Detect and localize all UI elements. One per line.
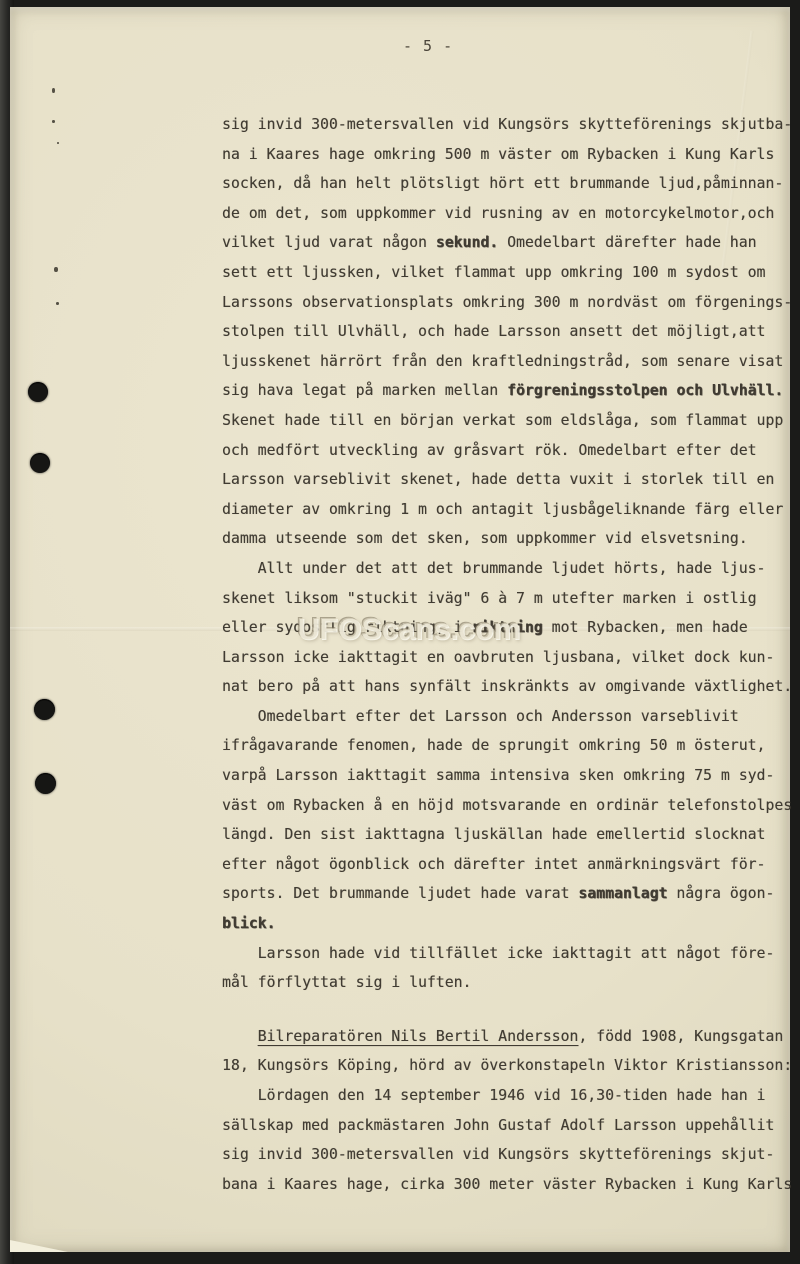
document-line: bana i Kaares hage, cirka 300 meter väst… (222, 1170, 800, 1200)
text-segment: mål förflyttat sig i luften. (222, 974, 471, 991)
document-line: diameter av omkring 1 m och antagit ljus… (222, 495, 800, 525)
punch-hole (35, 773, 56, 794)
text-segment: riktning (471, 619, 542, 636)
text-segment: de om det, som uppkommer vid rusning av … (222, 205, 774, 222)
text-segment: Skenet hade till en början verkat som el… (222, 412, 783, 429)
document-text: sig invid 300-metersvallen vid Kungsörs … (222, 110, 800, 1199)
document-line: sällskap med packmästaren John Gustaf Ad… (222, 1111, 800, 1141)
text-segment: längd. Den sist iakttagna ljuskällan had… (222, 826, 765, 843)
text-segment: Bilreparatören Nils Bertil Andersson (258, 1028, 579, 1045)
text-segment: sammanlagt (578, 885, 667, 902)
document-line: efter något ögonblick och därefter intet… (222, 850, 800, 880)
text-segment: Larsson varseblivit skenet, hade detta v… (222, 471, 774, 488)
document-line: sett ett ljussken, vilket flammat upp om… (222, 258, 800, 288)
document-line: Omedelbart efter det Larsson och Anderss… (222, 702, 800, 732)
text-segment: väst om Rybacken å en höjd motsvarande e… (222, 797, 792, 814)
text-segment: bana i Kaares hage, cirka 300 meter väst… (222, 1176, 792, 1193)
text-segment: eller sydostlig riktning, i (222, 619, 471, 636)
document-line: och medfört utveckling av gråsvart rök. … (222, 436, 800, 466)
document-line: stolpen till Ulvhäll, och hade Larsson a… (222, 317, 800, 347)
text-segment: nat bero på att hans synfält inskränkts … (222, 678, 792, 695)
text-segment: Larsson icke iakttagit en oavbruten ljus… (222, 649, 774, 666)
dust-speck (56, 302, 59, 305)
document-line: Larsson icke iakttagit en oavbruten ljus… (222, 643, 800, 673)
document-line: de om det, som uppkommer vid rusning av … (222, 199, 800, 229)
dust-speck (54, 267, 58, 272)
punch-hole (28, 382, 48, 402)
document-line: längd. Den sist iakttagna ljuskällan had… (222, 820, 800, 850)
scan-background: - 5 - sig invid 300-metersvallen vid Kun… (0, 0, 800, 1264)
text-segment: , född 1908, Kungsgatan (578, 1028, 783, 1045)
document-line: sports. Det brummande ljudet hade varat … (222, 879, 800, 909)
dust-speck (52, 88, 55, 93)
text-segment: Omedelbart efter det Larsson och Anderss… (222, 708, 739, 725)
document-line: blick. (222, 909, 800, 939)
dust-speck (57, 142, 59, 144)
document-line: Bilreparatören Nils Bertil Andersson, fö… (222, 1022, 800, 1052)
punch-hole (34, 699, 55, 720)
document-line: nat bero på att hans synfält inskränkts … (222, 672, 800, 702)
text-segment: Larsson hade vid tillfället icke iakttag… (222, 945, 774, 962)
text-segment: 18, Kungsörs Köping, hörd av överkonstap… (222, 1057, 792, 1074)
document-line: Larssons observationsplats omkring 300 m… (222, 288, 800, 318)
text-segment: sällskap med packmästaren John Gustaf Ad… (222, 1117, 774, 1134)
document-line: sig invid 300-metersvallen vid Kungsörs … (222, 110, 800, 140)
document-line: damma utseende som det sken, som uppkomm… (222, 524, 800, 554)
document-line: Lördagen den 14 september 1946 vid 16,30… (222, 1081, 800, 1111)
punch-hole (30, 453, 50, 473)
document-line: socken, då han helt plötsligt hört ett b… (222, 169, 800, 199)
document-line: sig hava legat på marken mellan förgreni… (222, 376, 800, 406)
document-line: eller sydostlig riktning, i riktning mot… (222, 613, 800, 643)
text-segment: och medfört utveckling av gråsvart rök. … (222, 442, 757, 459)
document-line: na i Kaares hage omkring 500 m väster om… (222, 140, 800, 170)
text-segment: ljusskenet härrört från den kraftledning… (222, 353, 783, 370)
document-line: Skenet hade till en början verkat som el… (222, 406, 800, 436)
text-segment: skenet liksom "stuckit iväg" 6 à 7 m ute… (222, 590, 757, 607)
text-segment: socken, då han helt plötsligt hört ett b… (222, 175, 783, 192)
text-segment: sekund. (436, 234, 498, 251)
text-segment: förgreningsstolpen och Ulvhäll. (507, 382, 783, 399)
text-segment (222, 1028, 258, 1045)
text-segment: diameter av omkring 1 m och antagit ljus… (222, 501, 783, 518)
text-segment: efter något ögonblick och därefter intet… (222, 856, 765, 873)
text-segment: blick. (222, 915, 275, 932)
page-number: - 5 - (403, 37, 453, 55)
document-line: ifrågavarande fenomen, hade de sprungit … (222, 731, 800, 761)
text-segment: vilket ljud varat någon (222, 234, 436, 251)
text-segment: Allt under det att det brummande ljudet … (222, 560, 765, 577)
document-line: Larsson varseblivit skenet, hade detta v… (222, 465, 800, 495)
text-segment: ifrågavarande fenomen, hade de sprungit … (222, 737, 765, 754)
text-segment: Larssons observationsplats omkring 300 m… (222, 294, 792, 311)
document-line: Larsson hade vid tillfället icke iakttag… (222, 939, 800, 969)
document-line: ljusskenet härrört från den kraftledning… (222, 347, 800, 377)
text-segment: några ögon- (667, 885, 774, 902)
text-segment: na i Kaares hage omkring 500 m väster om… (222, 146, 774, 163)
document-line: varpå Larsson iakttagit samma intensiva … (222, 761, 800, 791)
text-segment: sig hava legat på marken mellan (222, 382, 507, 399)
document-line: 18, Kungsörs Köping, hörd av överkonstap… (222, 1051, 800, 1081)
document-line: mål förflyttat sig i luften. (222, 968, 800, 998)
text-segment: stolpen till Ulvhäll, och hade Larsson a… (222, 323, 765, 340)
text-segment: sports. Det brummande ljudet hade varat (222, 885, 578, 902)
text-segment: Omedelbart därefter hade han (498, 234, 756, 251)
text-segment: mot Rybacken, men hade (543, 619, 748, 636)
text-segment: sett ett ljussken, vilket flammat upp om… (222, 264, 765, 281)
text-segment: sig invid 300-metersvallen vid Kungsörs … (222, 1146, 774, 1163)
document-line: sig invid 300-metersvallen vid Kungsörs … (222, 1140, 800, 1170)
text-segment: sig invid 300-metersvallen vid Kungsörs … (222, 116, 792, 133)
document-line: väst om Rybacken å en höjd motsvarande e… (222, 791, 800, 821)
text-segment: damma utseende som det sken, som uppkomm… (222, 530, 748, 547)
document-line: Allt under det att det brummande ljudet … (222, 554, 800, 584)
document-line: skenet liksom "stuckit iväg" 6 à 7 m ute… (222, 584, 800, 614)
text-segment: varpå Larsson iakttagit samma intensiva … (222, 767, 774, 784)
dust-speck (52, 120, 55, 123)
document-line: vilket ljud varat någon sekund. Omedelba… (222, 228, 800, 258)
text-segment: Lördagen den 14 september 1946 vid 16,30… (222, 1087, 765, 1104)
